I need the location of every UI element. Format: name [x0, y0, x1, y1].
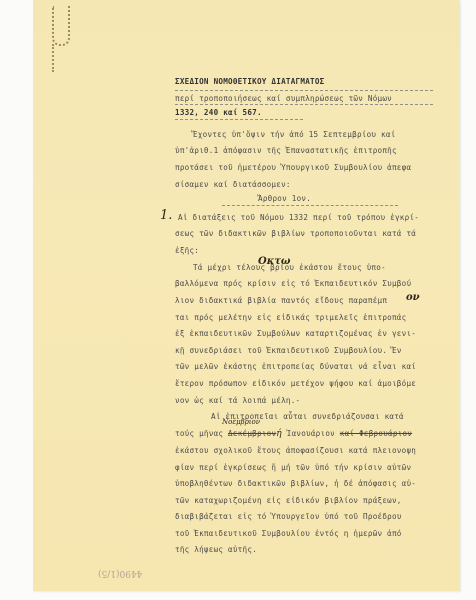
handwritten-insert-month: Οκτω [258, 256, 290, 267]
preamble-line: προτάσει τοῦ ἡμετέρου Ὑπουργικοῦ Συμβουλ… [175, 163, 411, 172]
paragraph-line: ἑξῆς: [175, 246, 199, 255]
paragraph-line: τοῦ Ἐκπαιδευτικοῦ Συμβουλίου ἐντός η ἡμε… [175, 529, 402, 538]
handwritten-conjunction: ή [276, 429, 282, 439]
preamble-line: ὑπ'ἀριθ.1 ἀπόφασιν τῆς Ἐπαναστατικῆς ἐπι… [175, 146, 397, 155]
paragraph-line: σεως τῶν διδακτικῶν βιβλίων τροποποιοῦντ… [175, 229, 416, 238]
paragraph-line: ἕτερον πρόσωπον εἰδικόν μετέχον ψήφου κα… [175, 379, 416, 388]
article-heading: Ἄρθρον 1ον. [258, 194, 311, 203]
staple-mark-tail [52, 44, 54, 72]
paragraph-line: ἑκάστου σχολικοῦ ἔτους ἀποφασίζουσι κατά… [175, 446, 416, 455]
paragraph-line: λιον διδακτικά βιβλία παντός εἴδους παρα… [175, 296, 387, 305]
paragraph-line: βαλλόμενα πρός κρίσιν εἰς τό Ἐκπαιδευτικ… [175, 279, 411, 288]
paragraph-line: τῶν μελῶν ἑκάστης ἐπιτροπείας δύναται νά… [175, 362, 416, 371]
handwritten-insert-november: Νοέμβριον [222, 418, 260, 426]
document-subtitle-line1: περί τροποποιήσεως καί συμπληρώσεως τῶν … [175, 94, 392, 103]
paragraph-line-with-edits: τούς μῆνας Δεκέμβριονή Ἰανουάριον καί Φε… [175, 429, 412, 439]
struck-text: καί Φεβρουάριον [340, 429, 412, 438]
paragraph-line: τῆς λήψεως αὐτῆς. [175, 545, 257, 554]
struck-text: Δεκέμβριον [228, 429, 276, 438]
text-segment: τούς μῆνας [175, 429, 228, 438]
preamble-line: σίσαμεν καί διατάσσομεν: [175, 180, 291, 189]
paragraph-line: κῇ συνεδριάσει τοῦ Ἐκπαιδευτικοῦ Συμβουλ… [175, 346, 402, 355]
handwritten-suffix: ον [406, 292, 420, 303]
text-segment: Ἰανουάριον [282, 429, 340, 438]
staple-mark [52, 6, 70, 46]
section-number-handwritten: 1. [160, 208, 172, 223]
archive-reference-mark: 4490(1/5) [98, 568, 142, 578]
article-underline [222, 205, 398, 206]
subtitle-underline [175, 104, 433, 105]
subtitle-underline-2 [175, 119, 303, 120]
document-subtitle-line2: 1332, 240 καί 567. [175, 108, 262, 117]
paragraph-line: φίαν περί ἐγκρίσεως ἤ μή τῶν ὑπό τήν κρί… [175, 463, 411, 472]
paragraph-line: ἐξ ἐκπαιδευτικῶν Συμβούλων καταρτιζομένα… [175, 329, 416, 338]
paragraph-line: ὑποβληθέντων διδακτικῶν βιβλίων, ἡ δέ ἀπ… [175, 479, 416, 488]
preamble-line: Ἔχοντες ὑπ'ὄψιν τήν ἀπό 15 Σεπτεμβρίου κ… [193, 130, 396, 139]
title-underline [175, 90, 433, 91]
paragraph-line: διαβιβάζεται εἰς τό Ὑπουργεῖον ὑπό τοῦ Π… [175, 512, 402, 521]
paragraph-line: νον ὡς καί τά λοιπά μέλη.- [175, 396, 300, 405]
paragraph-line: τῶν καταχωριζομένη εἰς εἰδικόν βιβλίον π… [175, 496, 402, 505]
paragraph-line: Αἱ διατάξεις τοῦ Νόμου 1332 περί τοῦ τρό… [178, 213, 419, 222]
paragraph-line: ται πρός μελέτην εἰς εἰδικάς τριμελεῖς ἐ… [175, 313, 406, 322]
document-title: ΣΧΕΔΙΟΝ ΝΟΜΟΘΕΤΙΚΟΥ ΔΙΑΤΑΓΜΑΤΟΣ [175, 77, 324, 86]
